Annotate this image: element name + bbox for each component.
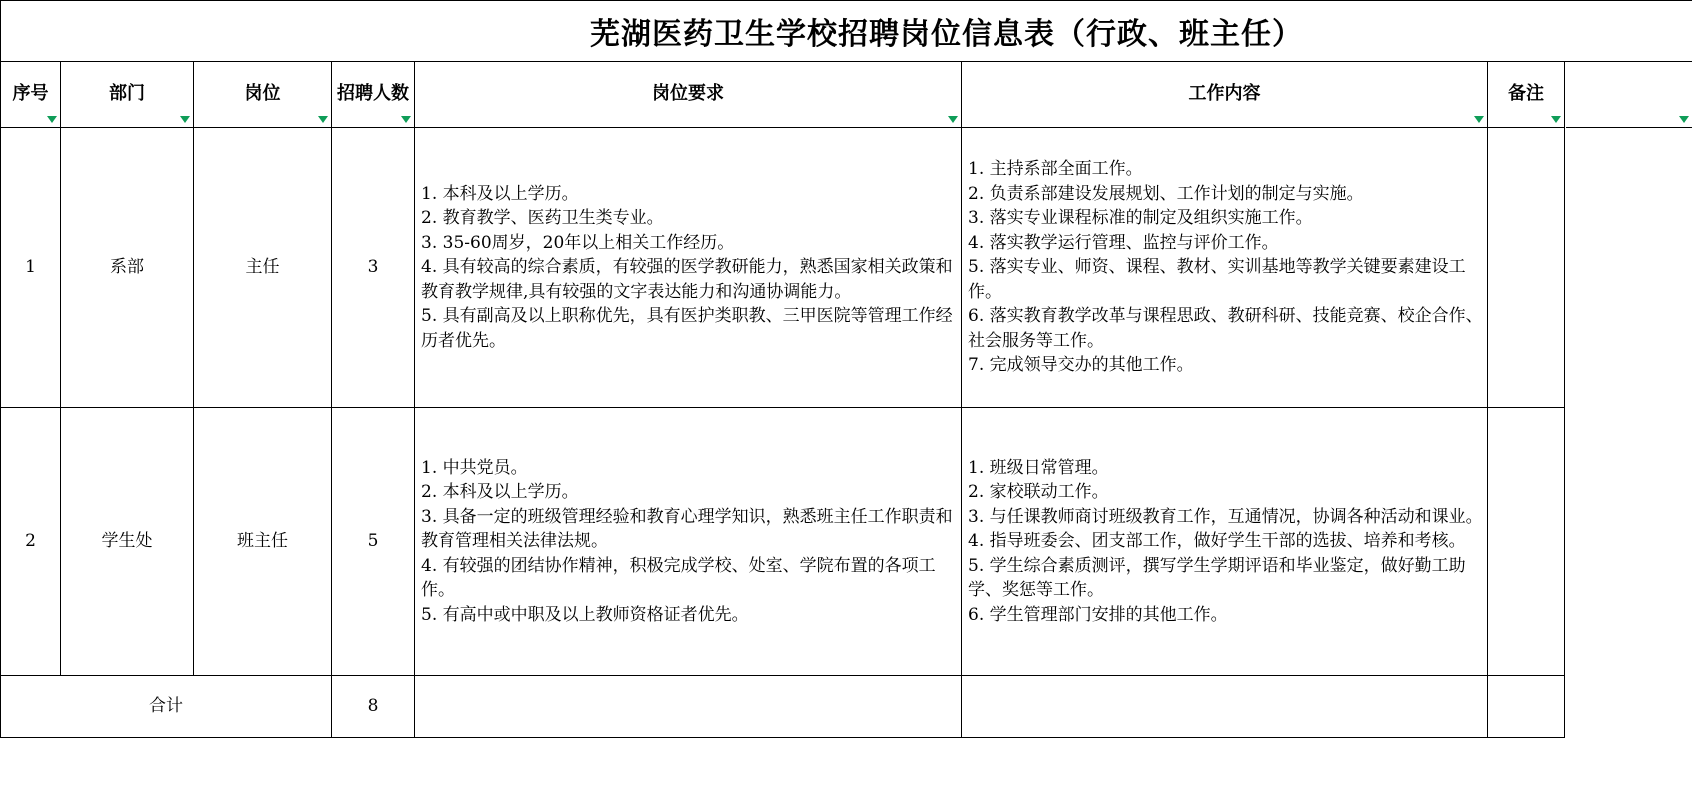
- total-count-cell: 8: [332, 676, 415, 738]
- cell-row2-count: 5: [332, 408, 415, 676]
- cell-row1-requirements: 1. 本科及以上学历。 2. 教育教学、医药卫生类专业。 3. 35-60周岁，…: [415, 128, 962, 408]
- header-remark-label: 备注: [1508, 82, 1544, 107]
- cutoff-column-header: [1566, 62, 1692, 128]
- header-no-label: 序号: [13, 82, 49, 107]
- header-requirements: 岗位要求: [415, 62, 962, 128]
- header-remark: 备注: [1488, 62, 1565, 128]
- row1-work-content-text: 1. 主持系部全面工作。 2. 负责系部建设发展规划、工作计划的制定与实施。 3…: [968, 157, 1483, 378]
- row1-requirements-text: 1. 本科及以上学历。 2. 教育教学、医药卫生类专业。 3. 35-60周岁，…: [421, 182, 957, 354]
- cell-row2-requirements: 1. 中共党员。 2. 本科及以上学历。 3. 具备一定的班级管理经验和教育心理…: [415, 408, 962, 676]
- header-work-content-label: 工作内容: [1189, 82, 1261, 107]
- filter-dropdown-icon[interactable]: [47, 116, 57, 123]
- header-count: 招聘人数: [332, 62, 415, 128]
- cell-row2-department: 学生处: [61, 408, 194, 676]
- header-position-label: 岗位: [245, 82, 281, 107]
- header-position: 岗位: [194, 62, 332, 128]
- row2-work-content-text: 1. 班级日常管理。 2. 家校联动工作。 3. 与任课教师商讨班级教育工作，互…: [968, 456, 1483, 628]
- cell-row1-position: 主任: [194, 128, 332, 408]
- table-header-row: 序号 部门 岗位 招聘人数 岗位要求 工作内容: [1, 62, 1566, 128]
- table-row: 2 学生处 班主任 5 1. 中共党员。 2. 本科及以上学历。 3. 具备一定…: [1, 408, 1566, 676]
- cell-row2-no: 2: [1, 408, 61, 676]
- cell-row1-count: 3: [332, 128, 415, 408]
- header-requirements-label: 岗位要求: [652, 82, 724, 107]
- cell-row2-work-content: 1. 班级日常管理。 2. 家校联动工作。 3. 与任课教师商讨班级教育工作，互…: [962, 408, 1488, 676]
- row2-requirements-text: 1. 中共党员。 2. 本科及以上学历。 3. 具备一定的班级管理经验和教育心理…: [421, 456, 957, 628]
- cell-row1-remark: [1488, 128, 1565, 408]
- total-label-cell: 合计: [1, 676, 332, 738]
- cell-row1-work-content: 1. 主持系部全面工作。 2. 负责系部建设发展规划、工作计划的制定与实施。 3…: [962, 128, 1488, 408]
- filter-dropdown-icon[interactable]: [948, 116, 958, 123]
- recruitment-table: 序号 部门 岗位 招聘人数 岗位要求 工作内容: [0, 62, 1566, 738]
- header-work-content: 工作内容: [962, 62, 1488, 128]
- cell-row2-position: 班主任: [194, 408, 332, 676]
- cell-row1-no: 1: [1, 128, 61, 408]
- filter-dropdown-icon[interactable]: [318, 116, 328, 123]
- header-department: 部门: [61, 62, 194, 128]
- filter-dropdown-icon[interactable]: [401, 116, 411, 123]
- header-no: 序号: [1, 62, 61, 128]
- total-remark-cell: [1488, 676, 1565, 738]
- filter-dropdown-icon[interactable]: [180, 116, 190, 123]
- spreadsheet: 芜湖医药卫生学校招聘岗位信息表（行政、班主任） 序号 部门 岗位 招聘人数 岗位…: [0, 0, 1692, 796]
- filter-dropdown-icon[interactable]: [1551, 116, 1561, 123]
- cell-row1-department: 系部: [61, 128, 194, 408]
- filter-dropdown-icon[interactable]: [1679, 116, 1689, 123]
- total-row: 合计 8: [1, 676, 1566, 738]
- total-work-content-cell: [962, 676, 1488, 738]
- header-count-label: 招聘人数: [337, 82, 409, 107]
- header-department-label: 部门: [109, 82, 145, 107]
- cell-row2-remark: [1488, 408, 1565, 676]
- page-title: 芜湖医药卫生学校招聘岗位信息表（行政、班主任）: [0, 0, 1692, 62]
- filter-dropdown-icon[interactable]: [1474, 116, 1484, 123]
- total-requirements-cell: [415, 676, 962, 738]
- table-row: 1 系部 主任 3 1. 本科及以上学历。 2. 教育教学、医药卫生类专业。 3…: [1, 128, 1566, 408]
